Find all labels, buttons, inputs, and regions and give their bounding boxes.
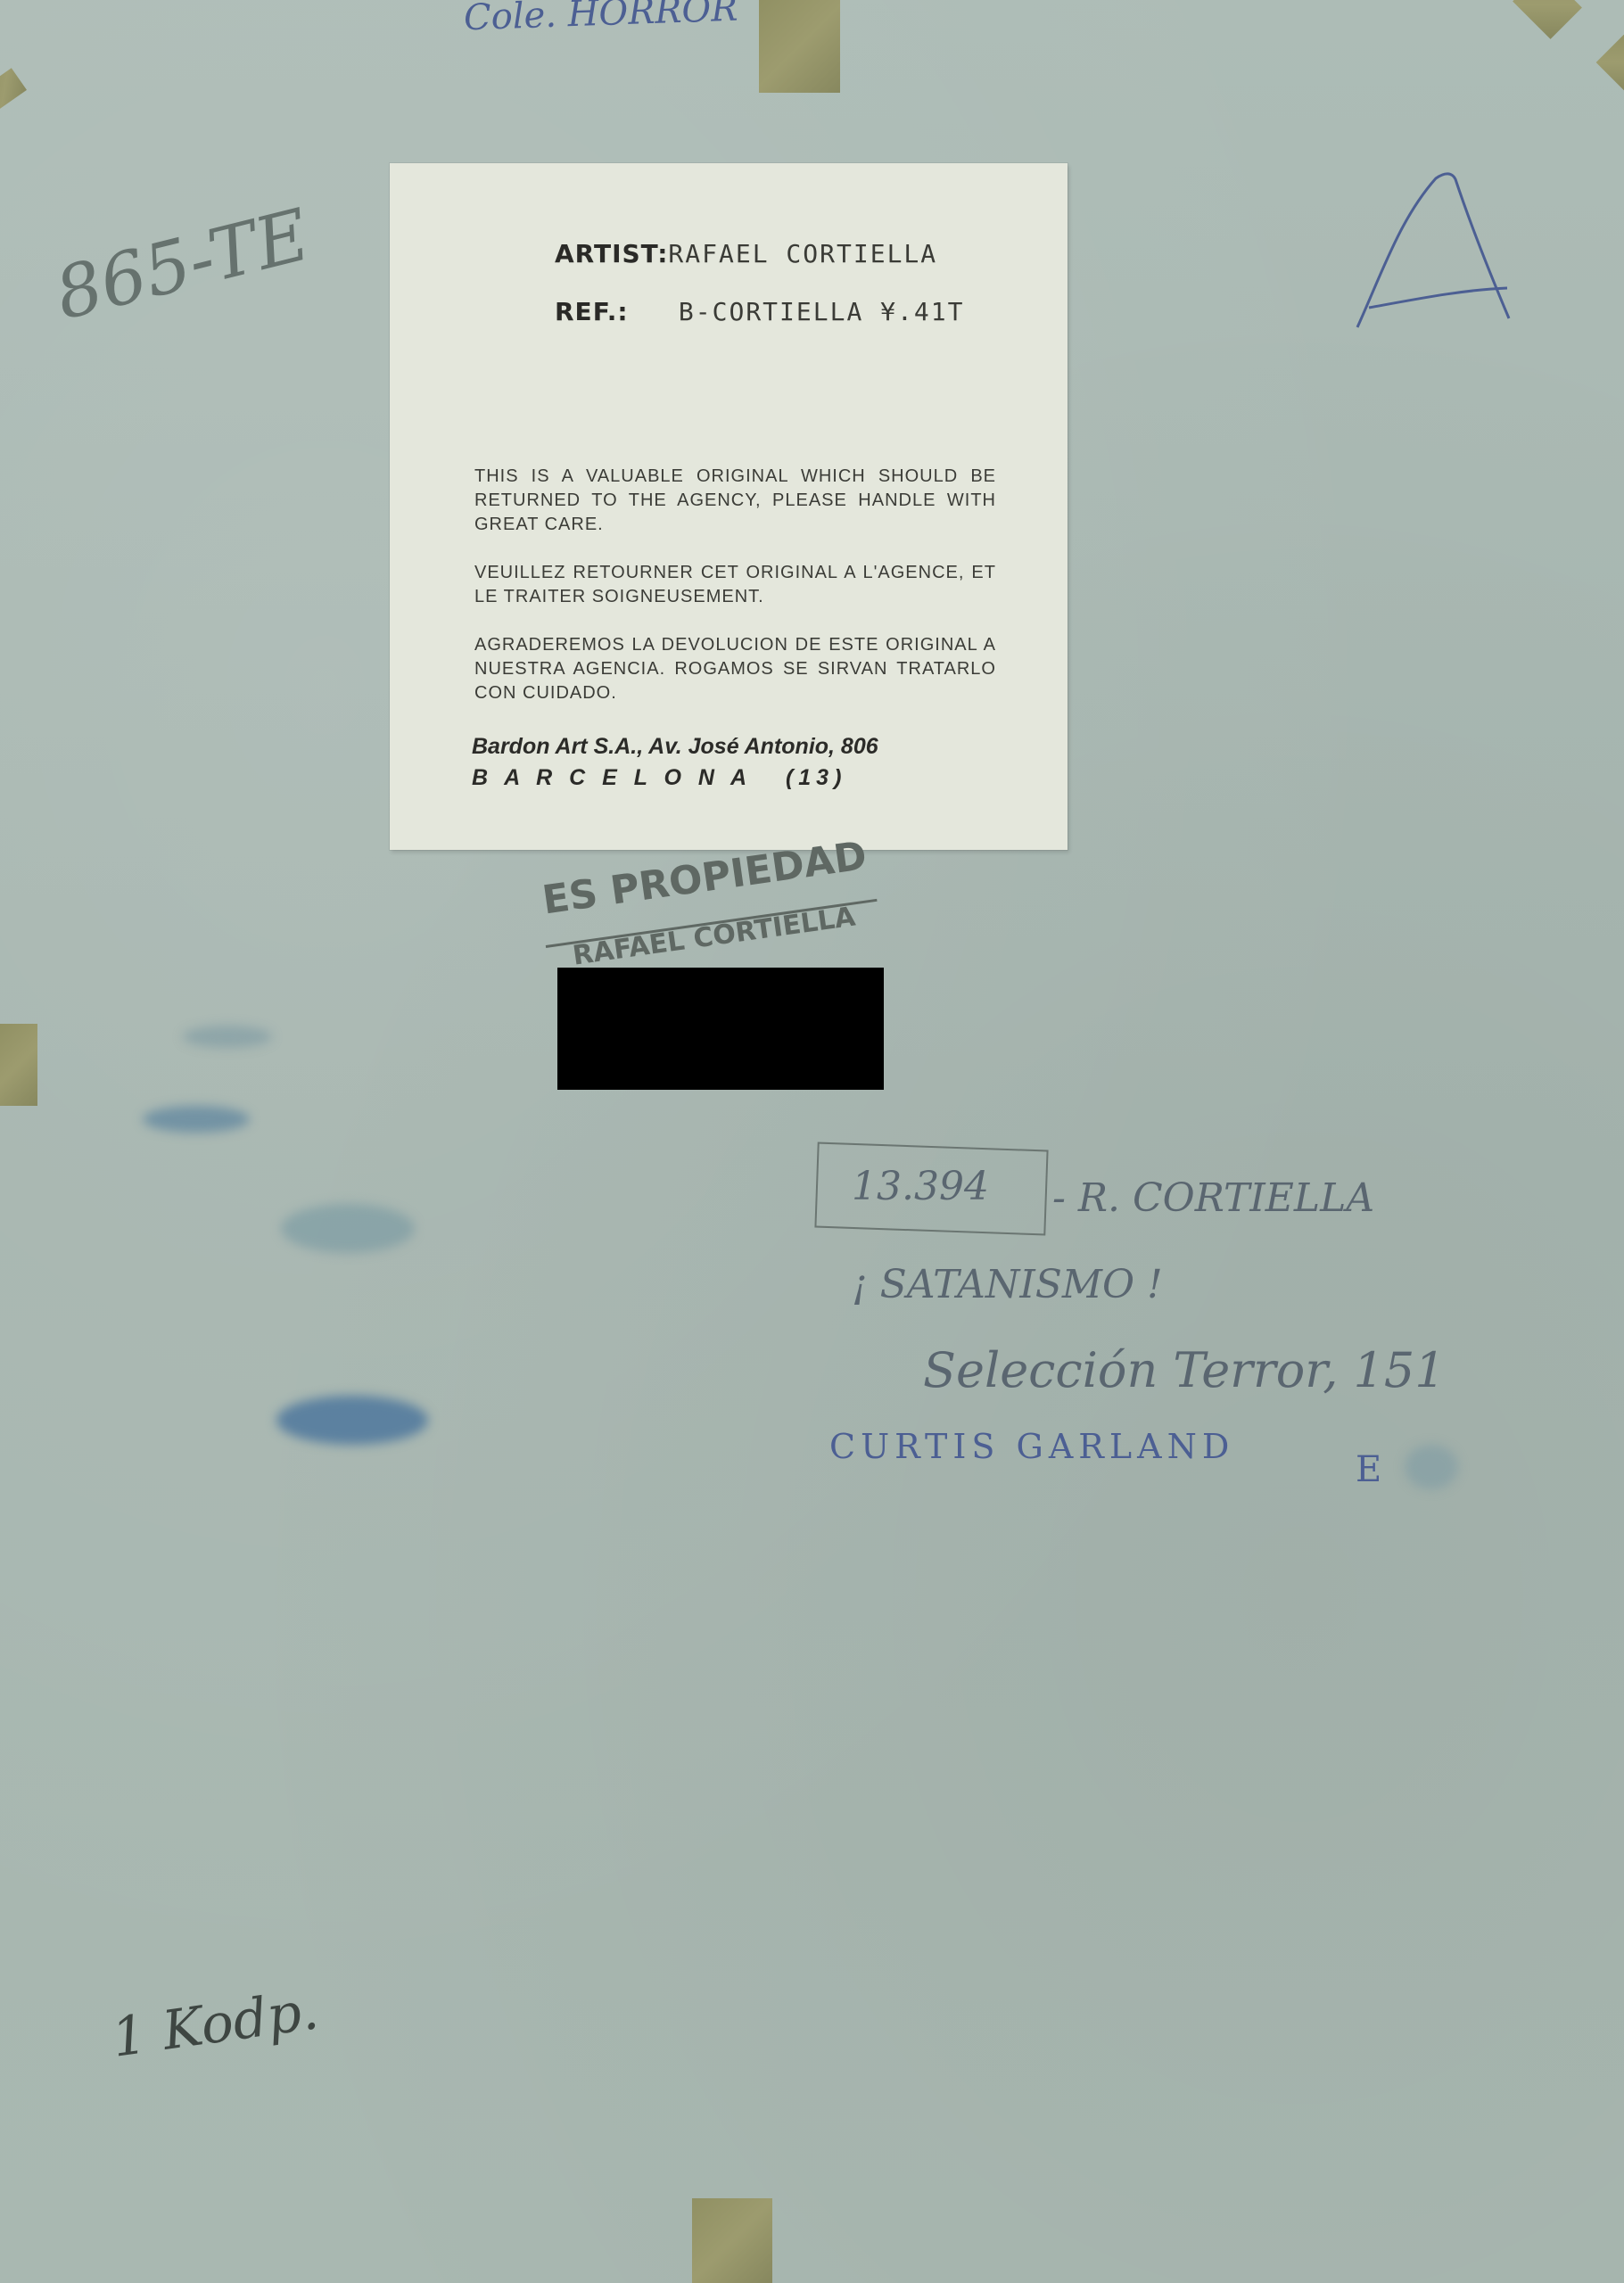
ink-smudge [143, 1106, 250, 1133]
ref-value: B-CORTIELLA ¥.41T [679, 297, 965, 326]
handwritten-series: Selección Terror, 151 [923, 1342, 1446, 1398]
artist-key: ARTIST: [555, 239, 668, 268]
ink-smudge [281, 1204, 415, 1253]
tape-corner-tl [0, 68, 27, 111]
ink-smudge [183, 1026, 272, 1048]
ink-smudge [1405, 1445, 1458, 1489]
ref-key: REF.: [555, 297, 629, 326]
artist-row: ARTIST:RAFAEL CORTIELLA [555, 239, 937, 269]
handwritten-mark: E [1356, 1449, 1381, 1490]
tape-corner-tr2 [1596, 31, 1624, 95]
handwritten-artist-note: - R. CORTIELLA [1052, 1175, 1374, 1221]
notice-french: VEUILLEZ RETOURNER CET ORIGINAL A L'AGEN… [474, 561, 996, 609]
agency-label: ARTIST:RAFAEL CORTIELLA REF.: B-CORTIELL… [390, 163, 1068, 850]
tape-top [759, 0, 840, 93]
ref-row: REF.: B-CORTIELLA ¥.41T [555, 297, 964, 327]
address-line-1: Bardon Art S.A., Av. José Antonio, 806 [472, 734, 878, 760]
tape-bottom [692, 2198, 772, 2283]
handwritten-ref-number: 13.394 [852, 1164, 989, 1209]
redaction-box [557, 968, 884, 1090]
handwritten-top-note: Cole. HORROR [463, 0, 738, 38]
ink-smudge [276, 1396, 428, 1445]
notice-spanish: AGRADEREMOS LA DEVOLUCION DE ESTE ORIGIN… [474, 633, 996, 705]
address-line-2: B A R C E L O N A (13) [472, 765, 846, 791]
handwritten-author: CURTIS GARLAND [829, 1427, 1234, 1466]
handwritten-letter-a [1347, 165, 1516, 334]
handwritten-bottom-note: 1 Kodp. [108, 1979, 322, 2070]
notice-english: THIS IS A VALUABLE ORIGINAL WHICH SHOULD… [474, 465, 996, 537]
handwritten-left-code: 865-TE [47, 193, 317, 335]
artist-value: RAFAEL CORTIELLA [668, 239, 937, 268]
handwritten-title: ¡ SATANISMO ! [852, 1262, 1163, 1307]
tape-left [0, 1024, 37, 1106]
tape-corner-tr [1513, 0, 1582, 39]
